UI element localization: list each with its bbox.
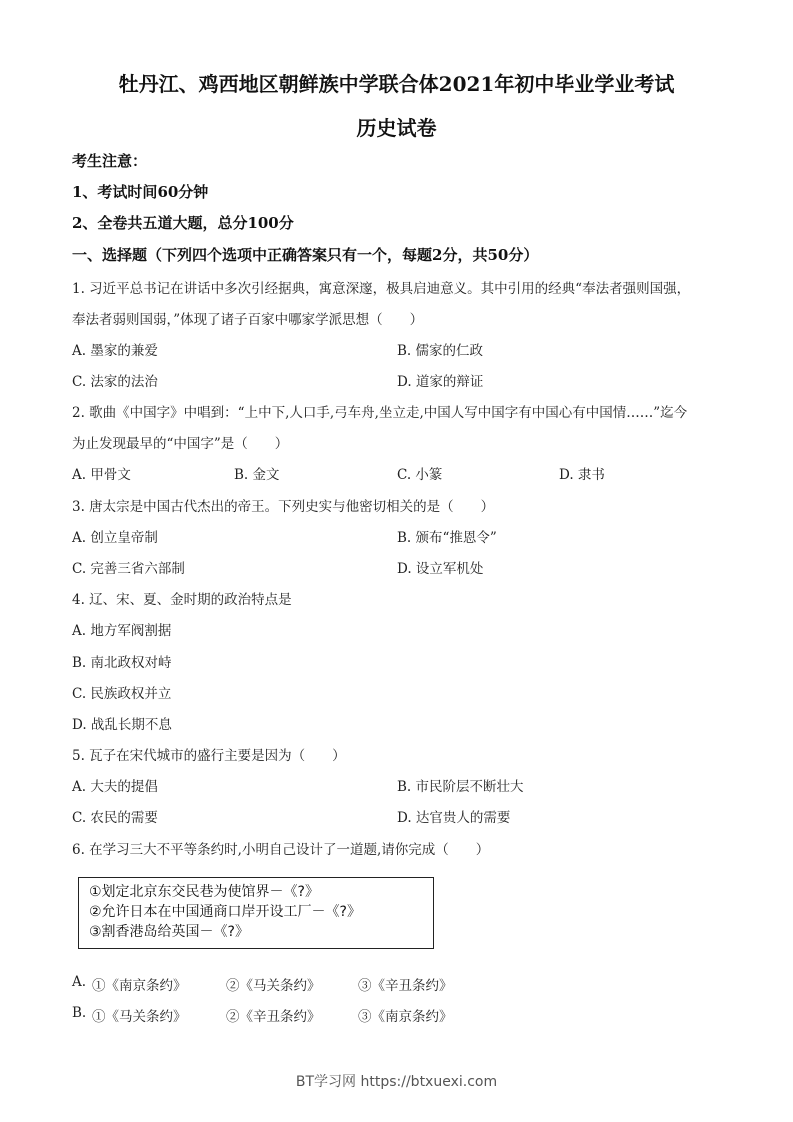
- question-2-stem-cont: 为止发现最早的“中国字”是（ ）: [72, 432, 288, 452]
- exam-subtitle: 历史试卷: [0, 112, 793, 141]
- question-1-option-c: C. 法家的法治: [72, 370, 158, 390]
- question-1-stem: 1. 习近平总书记在讲话中多次引经据典，寓意深邃，极具启迪意义。其中引用的经典“…: [72, 277, 690, 297]
- question-3-stem: 3. 唐太宗是中国古代杰出的帝王。下列史实与他密切相关的是（ ）: [72, 495, 494, 515]
- question-1-option-a: A. 墨家的兼爱: [72, 339, 158, 359]
- question-5-option-b: B. 市民阶层不断壮大: [397, 775, 524, 795]
- footer-watermark: BT学习网 https://btxuexi.com: [0, 1071, 793, 1091]
- notice-item: 2、全卷共五道大题，总分100分: [72, 212, 294, 233]
- question-2-option-c: C. 小篆: [397, 463, 442, 483]
- question-4-stem: 4. 辽、宋、夏、金时期的政治特点是: [72, 588, 292, 608]
- question-1-stem-cont: 奉法者弱则国弱，”体现了诸子百家中哪家学派思想（ ）: [72, 308, 423, 328]
- question-3-option-d: D. 设立军机处: [397, 557, 483, 577]
- question-2-stem: 2. 歌曲《中国字》中唱到：“上中下,人口手,弓车舟,坐立走,中国人写中国字有中…: [72, 401, 687, 421]
- question-6-option-a-label: A.: [72, 974, 86, 990]
- question-4-option-a: A. 地方军阀割据: [72, 619, 171, 639]
- notice-heading: 考生注意：: [72, 150, 147, 171]
- exam-title: 牡丹江、鸡西地区朝鲜族中学联合体2021年初中毕业学业考试: [0, 68, 793, 97]
- material-line-3: ③割香港岛给英国－《?》: [89, 922, 423, 942]
- question-6-option-b-part-3: ③《南京条约》: [358, 1005, 453, 1025]
- question-5-stem: 5. 瓦子在宋代城市的盛行主要是因为（ ）: [72, 744, 346, 764]
- question-3-option-c: C. 完善三省六部制: [72, 557, 185, 577]
- question-5-option-d: D. 达官贵人的需要: [397, 806, 510, 826]
- question-4-option-d: D. 战乱长期不息: [72, 713, 172, 733]
- question-4-option-c: C. 民族政权并立: [72, 682, 171, 702]
- question-5-option-a: A. 大夫的提倡: [72, 775, 158, 795]
- question-5-option-c: C. 农民的需要: [72, 806, 158, 826]
- material-line-1: ①划定北京东交民巷为使馆界－《?》: [89, 882, 423, 902]
- question-2-option-b: B. 金文: [234, 463, 280, 483]
- question-1-option-d: D. 道家的辩证: [397, 370, 483, 390]
- question-1-option-b: B. 儒家的仁政: [397, 339, 483, 359]
- question-3-option-b: B. 颁布“推恩令”: [397, 526, 497, 546]
- question-6-stem: 6. 在学习三大不平等条约时,小明自己设计了一道题,请你完成（ ）: [72, 838, 489, 858]
- material-line-2: ②允许日本在中国通商口岸开设工厂－《?》: [89, 902, 423, 922]
- question-6-option-b-part-2: ②《辛丑条约》: [226, 1005, 321, 1025]
- section-heading: 一、选择题（下列四个选项中正确答案只有一个，每题2分，共50分）: [72, 244, 538, 265]
- question-6-option-a-part-3: ③《辛丑条约》: [358, 974, 453, 994]
- question-2-option-a: A. 甲骨文: [72, 463, 131, 483]
- question-3-option-a: A. 创立皇帝制: [72, 526, 158, 546]
- notice-item: 1、考试时间60分钟: [72, 181, 208, 202]
- question-2-option-d: D. 隶书: [559, 463, 605, 483]
- question-6-material-box: ①划定北京东交民巷为使馆界－《?》 ②允许日本在中国通商口岸开设工厂－《?》 ③…: [78, 877, 434, 949]
- question-4-option-b: B. 南北政权对峙: [72, 651, 172, 671]
- question-6-option-b-part-1: ①《马关条约》: [92, 1005, 187, 1025]
- question-6-option-b-label: B.: [72, 1005, 86, 1021]
- question-6-option-a-part-1: ①《南京条约》: [92, 974, 187, 994]
- question-6-option-a-part-2: ②《马关条约》: [226, 974, 321, 994]
